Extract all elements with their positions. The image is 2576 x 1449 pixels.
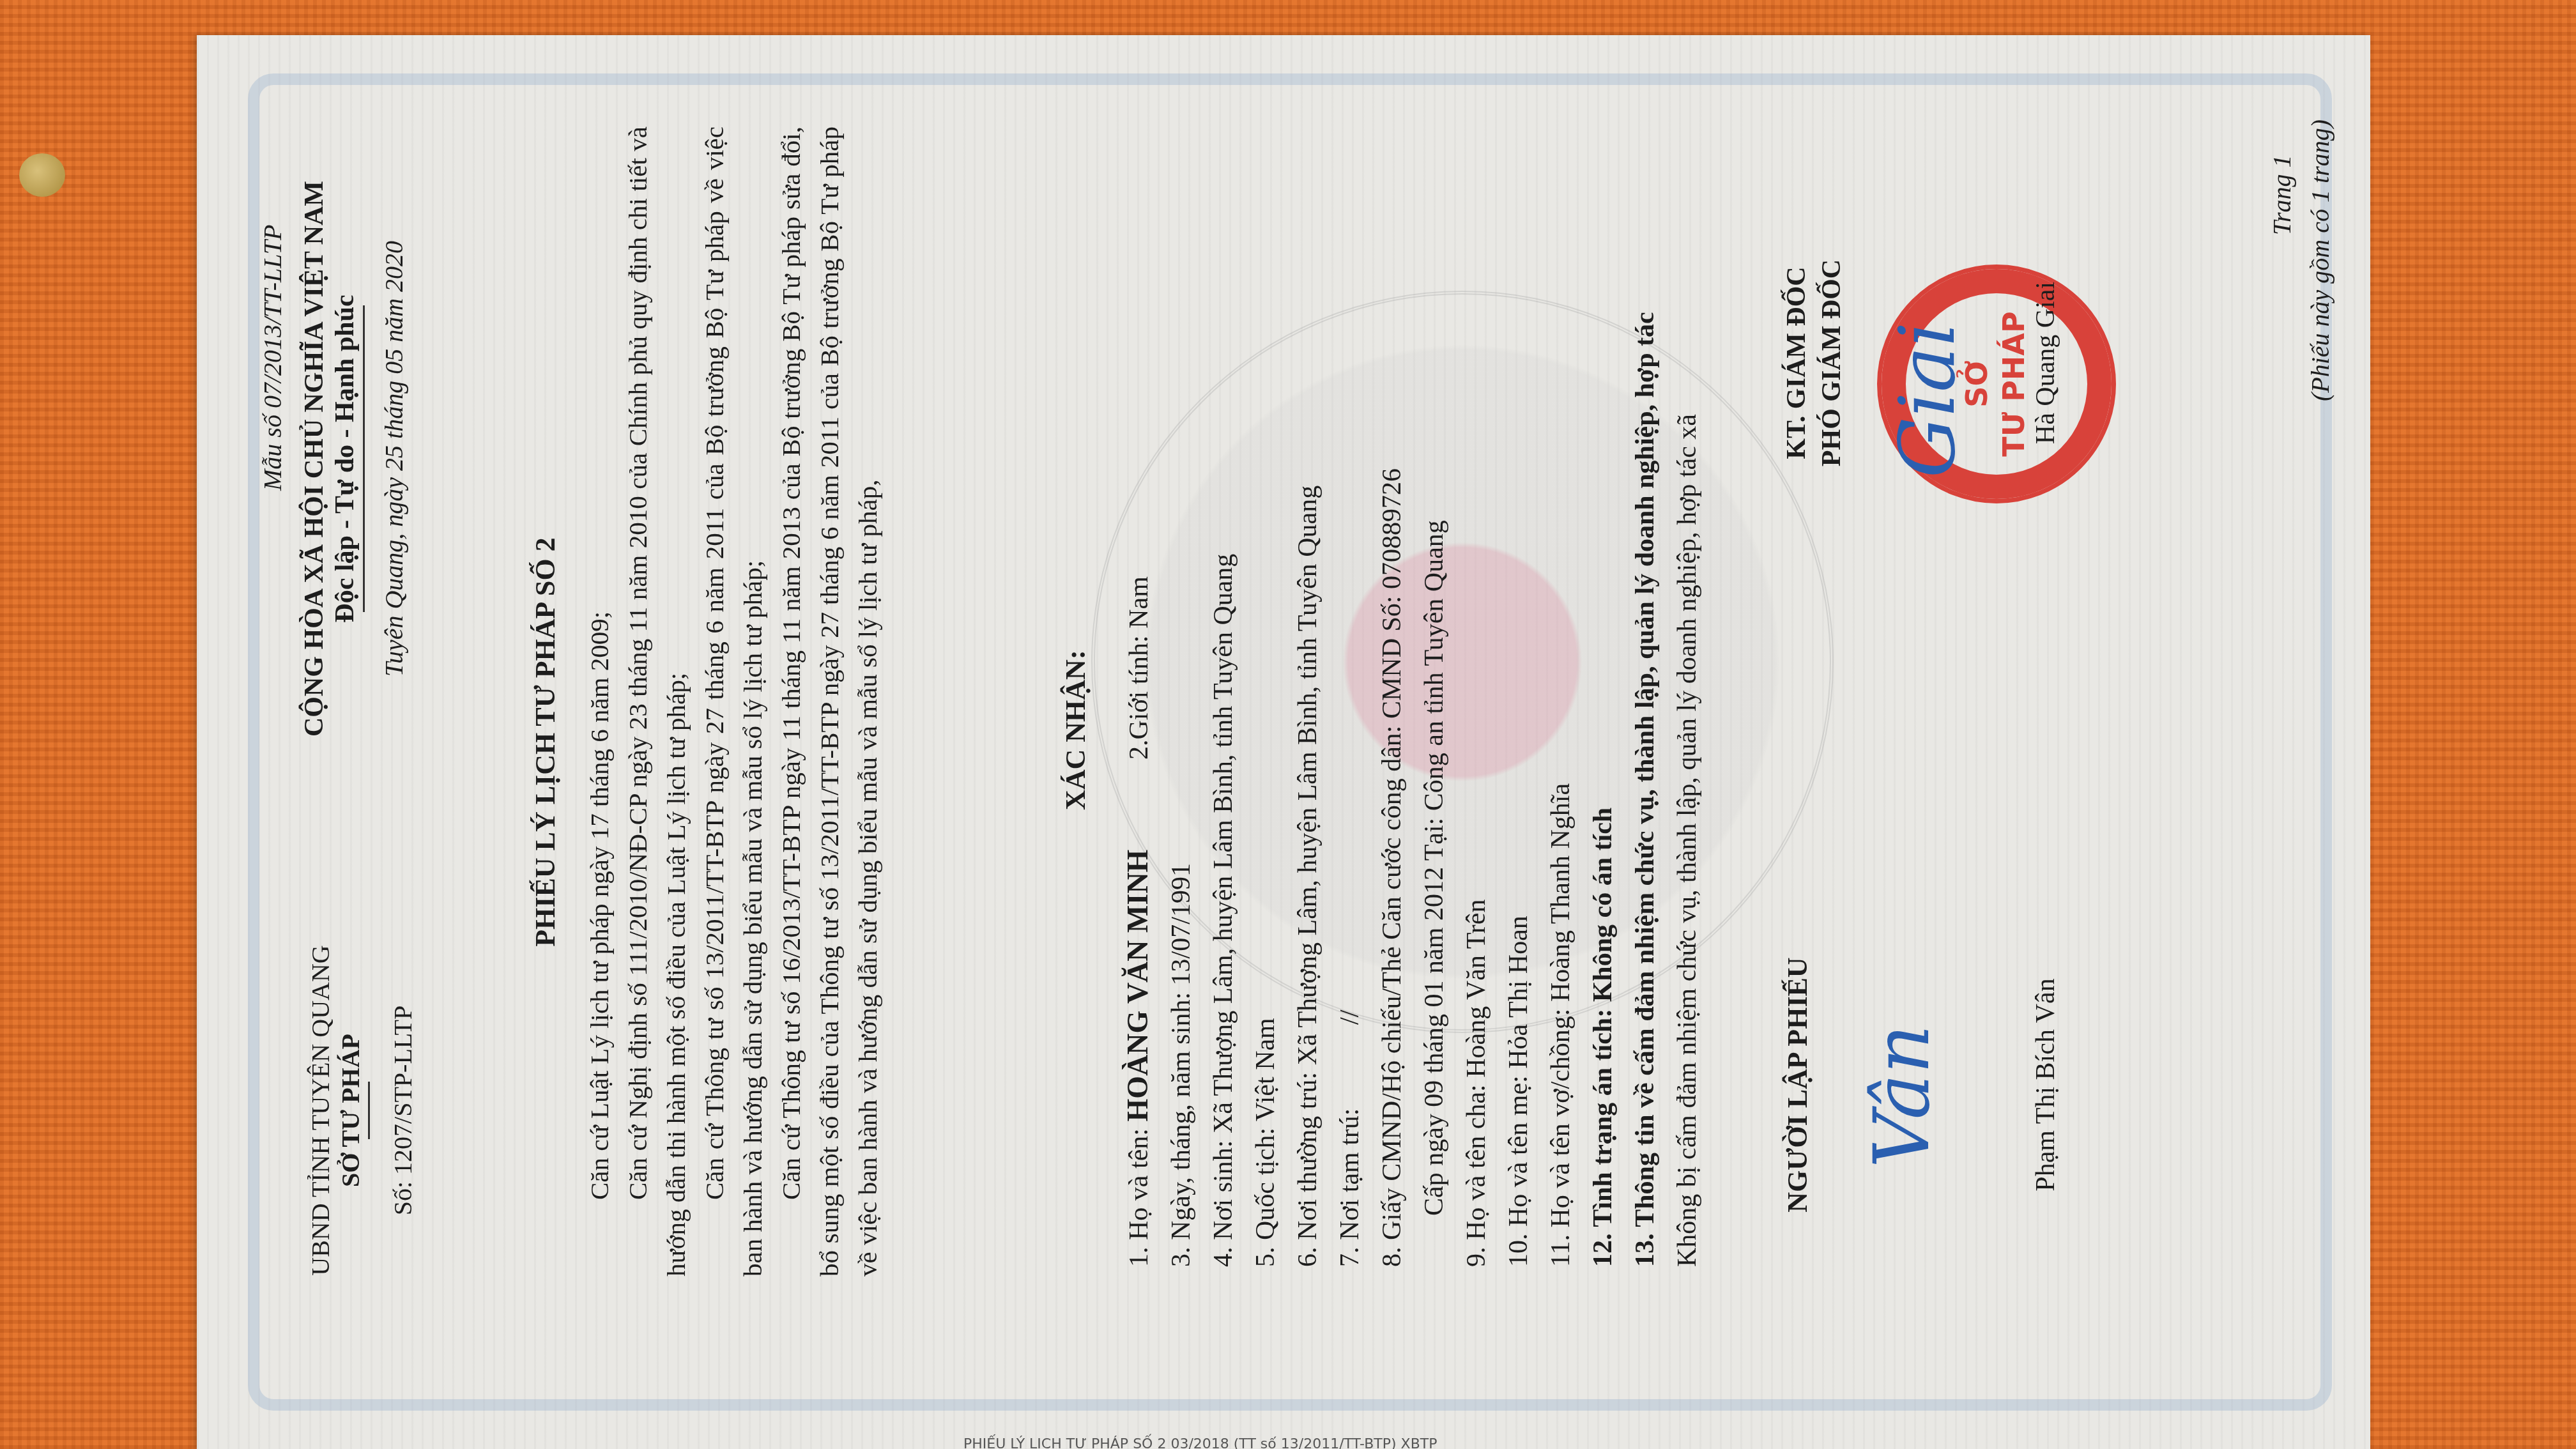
page-count-note: (Phiếu này gồm có 1 trang) <box>2305 119 2335 401</box>
deputy-name: Hà Quang Giai <box>2030 139 2061 586</box>
legal-basis: Căn cứ Luật Lý lịch tư pháp ngày 17 thán… <box>580 126 887 1276</box>
footer-print-code: PHIẾU LÝ LỊCH TƯ PHÁP SỐ 2 03/2018 (TT s… <box>963 1436 1437 1449</box>
field-id-issue: Cấp ngày 09 tháng 01 năm 2012 Tại: Công … <box>1413 85 1455 1267</box>
confirm-heading: XÁC NHẬN: <box>1059 650 1092 810</box>
form-code: Mẫu số 07/2013/TT-LLTP <box>257 225 287 491</box>
personal-fields: 1. Họ và tên: HOÀNG VĂN MINH 2.Giới tính… <box>1117 85 1708 1267</box>
field-father-name: 9. Họ và tên cha: Hoàng Văn Trên <box>1455 85 1498 1267</box>
field-temporary-address: 7. Nơi tạm trú: // <box>1329 85 1371 1267</box>
document-paper: UBND TỈNH TUYÊN QUANG SỞ TƯ PHÁP Số: 120… <box>197 35 2370 1449</box>
agency-parent: UBND TỈNH TUYÊN QUANG <box>305 887 335 1334</box>
field-ban-info: 13. Thông tin về cấm đảm nhiệm chức vụ, … <box>1624 85 1666 1267</box>
agency-underline <box>368 1082 370 1139</box>
legal-basis-item: Căn cứ Luật Lý lịch tư pháp ngày 17 thán… <box>580 126 618 1276</box>
director-title: KT. GIÁM ĐỐC <box>1781 139 1812 586</box>
document-number: Số: 1207/STP-LLTP <box>388 887 418 1334</box>
place-date: Tuyên Quang, ngày 25 tháng 05 năm 2020 <box>379 43 409 874</box>
preparer-name: Phạm Thị Bích Vân <box>2030 861 2061 1308</box>
page-number: Trang 1 <box>2267 155 2297 235</box>
field-ban-value: Không bị cấm đảm nhiệm chức vụ, thành lậ… <box>1666 85 1708 1267</box>
field-permanent-address: 6. Nơi thường trú: Xã Thượng Lâm, huyện … <box>1287 85 1329 1267</box>
field-birth-date: 3. Ngày, tháng, năm sinh: 13/07/1991 <box>1160 85 1202 1267</box>
field-spouse-name: 11. Họ và tên vợ/chồng: Hoàng Thanh Nghĩ… <box>1540 85 1582 1267</box>
field-birth-place: 4. Nơi sinh: Xã Thượng Lâm, huyện Lâm Bì… <box>1202 85 1245 1267</box>
deputy-signature: Giai <box>1883 322 1972 478</box>
document-content: UBND TỈNH TUYÊN QUANG SỞ TƯ PHÁP Số: 120… <box>197 35 2370 1449</box>
legal-basis-item: Căn cứ Thông tư số 16/2013/TT-BTP ngày 1… <box>772 126 887 1276</box>
legal-basis-item: Căn cứ Thông tư số 13/2011/TT-BTP ngày 2… <box>695 126 772 1276</box>
preparer-signature: Vân <box>1858 1025 1947 1168</box>
field-full-name: 1. Họ và tên: HOÀNG VĂN MINH 2.Giới tính… <box>1117 85 1160 1267</box>
deputy-title: PHÓ GIÁM ĐỐC <box>1816 139 1847 586</box>
agency-name: SỞ TƯ PHÁP <box>335 887 365 1334</box>
legal-basis-item: Căn cứ Nghị định số 111/2010/NĐ-CP ngày … <box>618 126 695 1276</box>
motto-underline <box>363 305 365 612</box>
document-title: PHIẾU LÝ LỊCH TƯ PHÁP SỐ 2 <box>529 35 562 1449</box>
mat-background-dot <box>19 153 65 197</box>
preparer-title: NGƯỜI LẬP PHIẾU <box>1781 861 1814 1308</box>
full-name-value: HOÀNG VĂN MINH <box>1121 850 1154 1122</box>
field-gender: 2.Giới tính: Nam <box>1124 576 1154 760</box>
country-name: CỘNG HÒA XÃ HỘI CHỦ NGHĨA VIỆT NAM <box>299 43 330 874</box>
national-motto: Độc lập - Tự do - Hạnh phúc <box>330 43 360 874</box>
field-mother-name: 10. Họ và tên mẹ: Hỏa Thị Hoan <box>1498 85 1540 1267</box>
field-nationality: 5. Quốc tịch: Việt Nam <box>1245 85 1287 1267</box>
field-id-document: 8. Giấy CMND/Hộ chiếu/Thẻ Căn cước công … <box>1371 85 1413 1267</box>
field-criminal-record: 12. Tình trạng án tích: Không có án tích <box>1582 85 1624 1267</box>
